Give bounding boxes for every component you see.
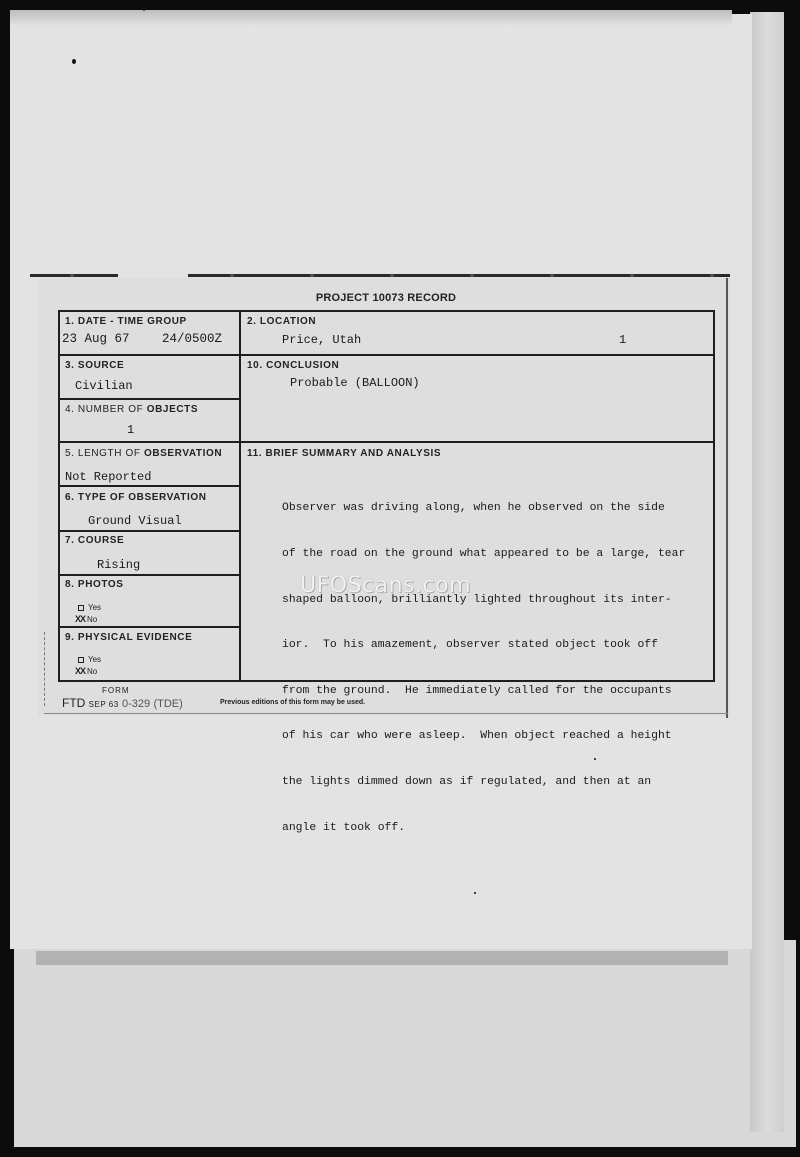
physical-evidence-no-option[interactable]: XXNo — [75, 666, 97, 676]
length-value: Not Reported — [65, 470, 151, 484]
physical-evidence-yes-label: Yes — [88, 655, 101, 664]
physical-evidence-no-label: No — [87, 667, 97, 676]
length-label-suffix: OBSERVATION — [144, 448, 222, 459]
date-time-field: 1. DATE - TIME GROUP — [65, 316, 187, 327]
ink-speck — [72, 59, 76, 64]
course-label: 7. COURSE — [65, 535, 124, 546]
summary-line: angle it took off. — [282, 821, 685, 836]
form-office: (TDE) — [153, 698, 182, 710]
summary-line: of the road on the ground what appeared … — [282, 547, 685, 562]
rule-gap — [118, 272, 188, 278]
right-rule — [726, 278, 728, 718]
type-of-observation-label: 6. TYPE OF OBSERVATION — [65, 492, 207, 503]
checkbox-unchecked-icon[interactable] — [78, 657, 84, 663]
checkbox-unchecked-icon[interactable] — [78, 605, 84, 611]
footer-note: Previous editions of this form may be us… — [220, 699, 365, 706]
back-sheet — [14, 940, 796, 1147]
source-label: 3. SOURCE — [65, 360, 124, 371]
physical-evidence-label: 9. PHYSICAL EVIDENCE — [65, 632, 192, 643]
ftd-label: FTD — [62, 696, 85, 710]
photos-yes-option[interactable]: Yes — [78, 603, 101, 612]
source-value: Civilian — [75, 379, 133, 393]
page-edge-strip — [750, 12, 784, 1132]
row-divider — [60, 626, 241, 628]
summary-text: Observer was driving along, when he obse… — [282, 471, 685, 866]
summary-line: Observer was driving along, when he obse… — [282, 501, 685, 516]
date-value: 23 Aug 67 — [62, 332, 130, 346]
course-value: Rising — [97, 558, 140, 572]
number-of-objects-label-prefix: 4. NUMBER OF — [65, 404, 143, 415]
row-divider — [60, 530, 241, 532]
form-identifier: FTD SEP 63 0-329 (TDE) — [62, 696, 183, 710]
ink-speck — [143, 8, 145, 11]
number-of-objects-label: 4. NUMBER OF OBJECTS — [65, 404, 198, 415]
row-divider — [60, 441, 715, 443]
photos-yes-label: Yes — [88, 603, 101, 612]
location-count: 1 — [619, 333, 626, 347]
ink-speck — [474, 892, 476, 894]
form-date: SEP 63 — [89, 700, 119, 709]
column-divider — [239, 312, 241, 680]
xx-mark-icon: XX — [75, 666, 85, 676]
type-of-observation-value: Ground Visual — [88, 514, 182, 528]
row-divider — [60, 485, 241, 487]
photos-label: 8. PHOTOS — [65, 579, 124, 590]
summary-label: 11. BRIEF SUMMARY AND ANALYSIS — [247, 448, 441, 459]
time-value: 24/0500Z — [162, 332, 222, 346]
conclusion-value: Probable (BALLOON) — [290, 376, 420, 390]
length-label-prefix: 5. LENGTH OF — [65, 448, 141, 459]
summary-line: from the ground. He immediately called f… — [282, 684, 685, 699]
number-of-objects-value: 1 — [127, 423, 134, 437]
sheet-shadow — [36, 951, 728, 965]
photos-no-option[interactable]: XXNo — [75, 614, 97, 624]
xx-mark-icon: XX — [75, 614, 85, 624]
location-label: 2. LOCATION — [247, 316, 316, 327]
conclusion-label: 10. CONCLUSION — [247, 360, 339, 371]
row-divider — [60, 354, 715, 356]
form-title: PROJECT 10073 RECORD — [58, 292, 714, 304]
form-word: FORM — [102, 686, 130, 695]
photos-no-label: No — [87, 615, 97, 624]
row-divider — [60, 574, 241, 576]
form-number: 0-329 — [122, 698, 150, 710]
location-value: Price, Utah — [282, 333, 361, 347]
physical-evidence-yes-option[interactable]: Yes — [78, 655, 101, 664]
row-divider — [60, 398, 241, 400]
length-label: 5. LENGTH OF OBSERVATION — [65, 448, 222, 459]
watermark: UFOScans.com — [300, 573, 471, 598]
summary-line: of his car who were asleep. When object … — [282, 729, 685, 744]
summary-line: the lights dimmed down as if regulated, … — [282, 775, 685, 790]
summary-line: ior. To his amazement, observer stated o… — [282, 638, 685, 653]
number-of-objects-label-suffix: OBJECTS — [147, 404, 198, 415]
left-dashed-rule — [44, 632, 45, 706]
paper-top-shade — [10, 10, 732, 26]
date-time-label: 1. DATE - TIME GROUP — [65, 316, 187, 327]
record-table: 1. DATE - TIME GROUP 23 Aug 67 24/0500Z … — [58, 310, 715, 682]
